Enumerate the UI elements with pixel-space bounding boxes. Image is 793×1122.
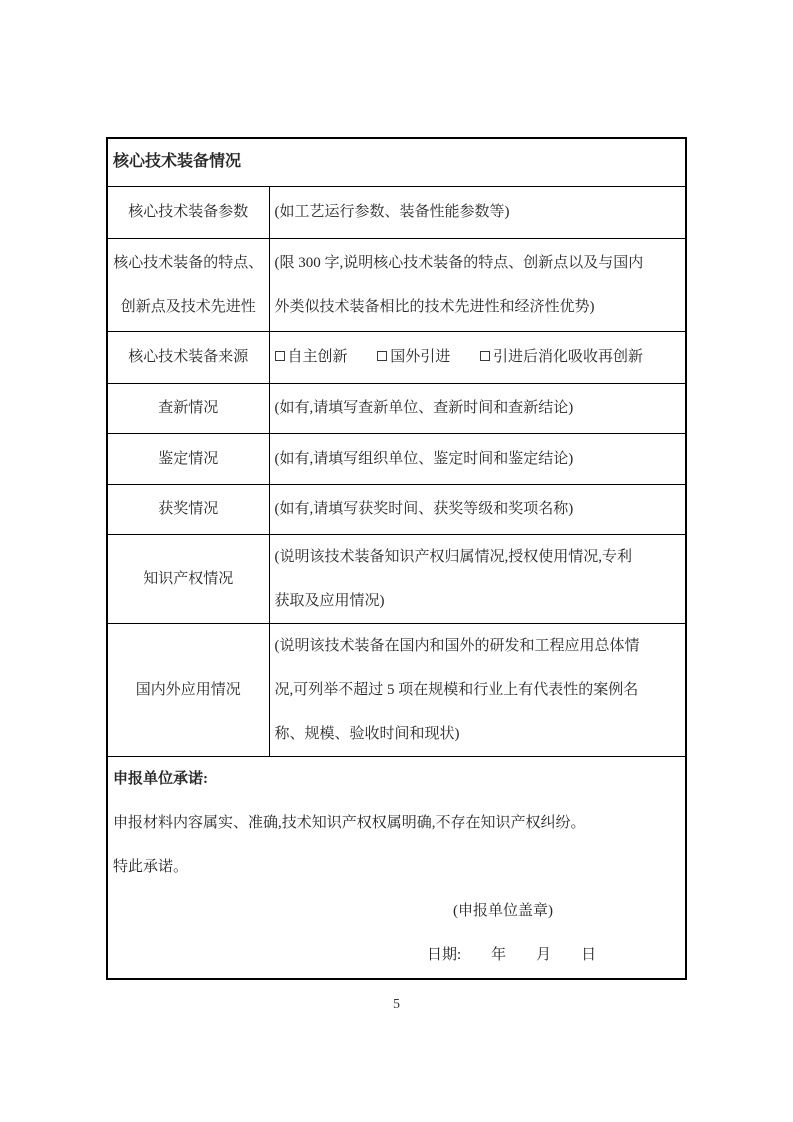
commitment-date-line: 日期: 年 月 日 [113,933,680,977]
table-row: 鉴定情况 (如有,请填写组织单位、鉴定时间和鉴定结论) [107,433,686,484]
checkbox-option-reinnovation[interactable]: 引进后消化吸收再创新 [480,335,643,379]
row-value-awards: (如有,请填写获奖时间、获奖等级和奖项名称) [269,484,686,534]
document-page: 核心技术装备情况 核心技术装备参数 (如工艺运行参数、装备性能参数等) 核心技术… [0,0,793,1122]
table-row: 核心技术装备来源 自主创新 国外引进 引进后消化吸收再创新 [107,331,686,383]
commitment-statement: 申报材料内容属实、准确,技术知识产权权属明确,不存在知识产权纠纷。 [113,801,680,845]
commitment-cell: 申报单位承诺: 申报材料内容属实、准确,技术知识产权权属明确,不存在知识产权纠纷… [107,756,686,979]
commitment-seal-line: (申报单位盖章) [113,889,680,933]
page-number: 5 [0,997,793,1013]
row-label-parameters: 核心技术装备参数 [107,186,269,238]
row-label-application: 国内外应用情况 [107,623,269,756]
row-label-source: 核心技术装备来源 [107,331,269,383]
row-value-appraisal: (如有,请填写组织单位、鉴定时间和鉴定结论) [269,433,686,484]
row-value-application: (说明该技术装备在国内和国外的研发和工程应用总体情 况,可列举不超过 5 项在规… [269,623,686,756]
table-row: 获奖情况 (如有,请填写获奖时间、获奖等级和奖项名称) [107,484,686,534]
core-equipment-table: 核心技术装备情况 核心技术装备参数 (如工艺运行参数、装备性能参数等) 核心技术… [106,137,687,980]
table-row: 国内外应用情况 (说明该技术装备在国内和国外的研发和工程应用总体情 况,可列举不… [107,623,686,756]
checkbox-icon[interactable] [480,351,490,361]
row-value-ip: (说明该技术装备知识产权归属情况,授权使用情况,专利 获取及应用情况) [269,534,686,623]
checkbox-label: 引进后消化吸收再创新 [493,349,643,365]
commitment-title: 申报单位承诺: [113,757,680,801]
table-row: 查新情况 (如有,请填写查新单位、查新时间和查新结论) [107,383,686,433]
row-value-source: 自主创新 国外引进 引进后消化吸收再创新 [269,331,686,383]
checkbox-label: 国外引进 [390,349,450,365]
row-label-appraisal: 鉴定情况 [107,433,269,484]
checkbox-option-independent-innovation[interactable]: 自主创新 [275,335,348,379]
checkbox-icon[interactable] [377,351,387,361]
table-row: 核心技术装备参数 (如工艺运行参数、装备性能参数等) [107,186,686,238]
row-label-ip: 知识产权情况 [107,534,269,623]
checkbox-icon[interactable] [275,351,285,361]
row-value-parameters: (如工艺运行参数、装备性能参数等) [269,186,686,238]
row-value-features: (限 300 字,说明核心技术装备的特点、创新点以及与国内 外类似技术装备相比的… [269,238,686,331]
row-label-novelty-search: 查新情况 [107,383,269,433]
checkbox-label: 自主创新 [288,349,348,365]
table-row: 申报单位承诺: 申报材料内容属实、准确,技术知识产权权属明确,不存在知识产权纠纷… [107,756,686,979]
row-label-awards: 获奖情况 [107,484,269,534]
table-row: 核心技术装备的特点、 创新点及技术先进性 (限 300 字,说明核心技术装备的特… [107,238,686,331]
table-row: 知识产权情况 (说明该技术装备知识产权归属情况,授权使用情况,专利 获取及应用情… [107,534,686,623]
commitment-closing: 特此承诺。 [113,845,680,889]
row-value-novelty-search: (如有,请填写查新单位、查新时间和查新结论) [269,383,686,433]
row-label-features: 核心技术装备的特点、 创新点及技术先进性 [107,238,269,331]
checkbox-option-foreign-introduction[interactable]: 国外引进 [377,335,450,379]
table-title: 核心技术装备情况 [107,138,686,186]
